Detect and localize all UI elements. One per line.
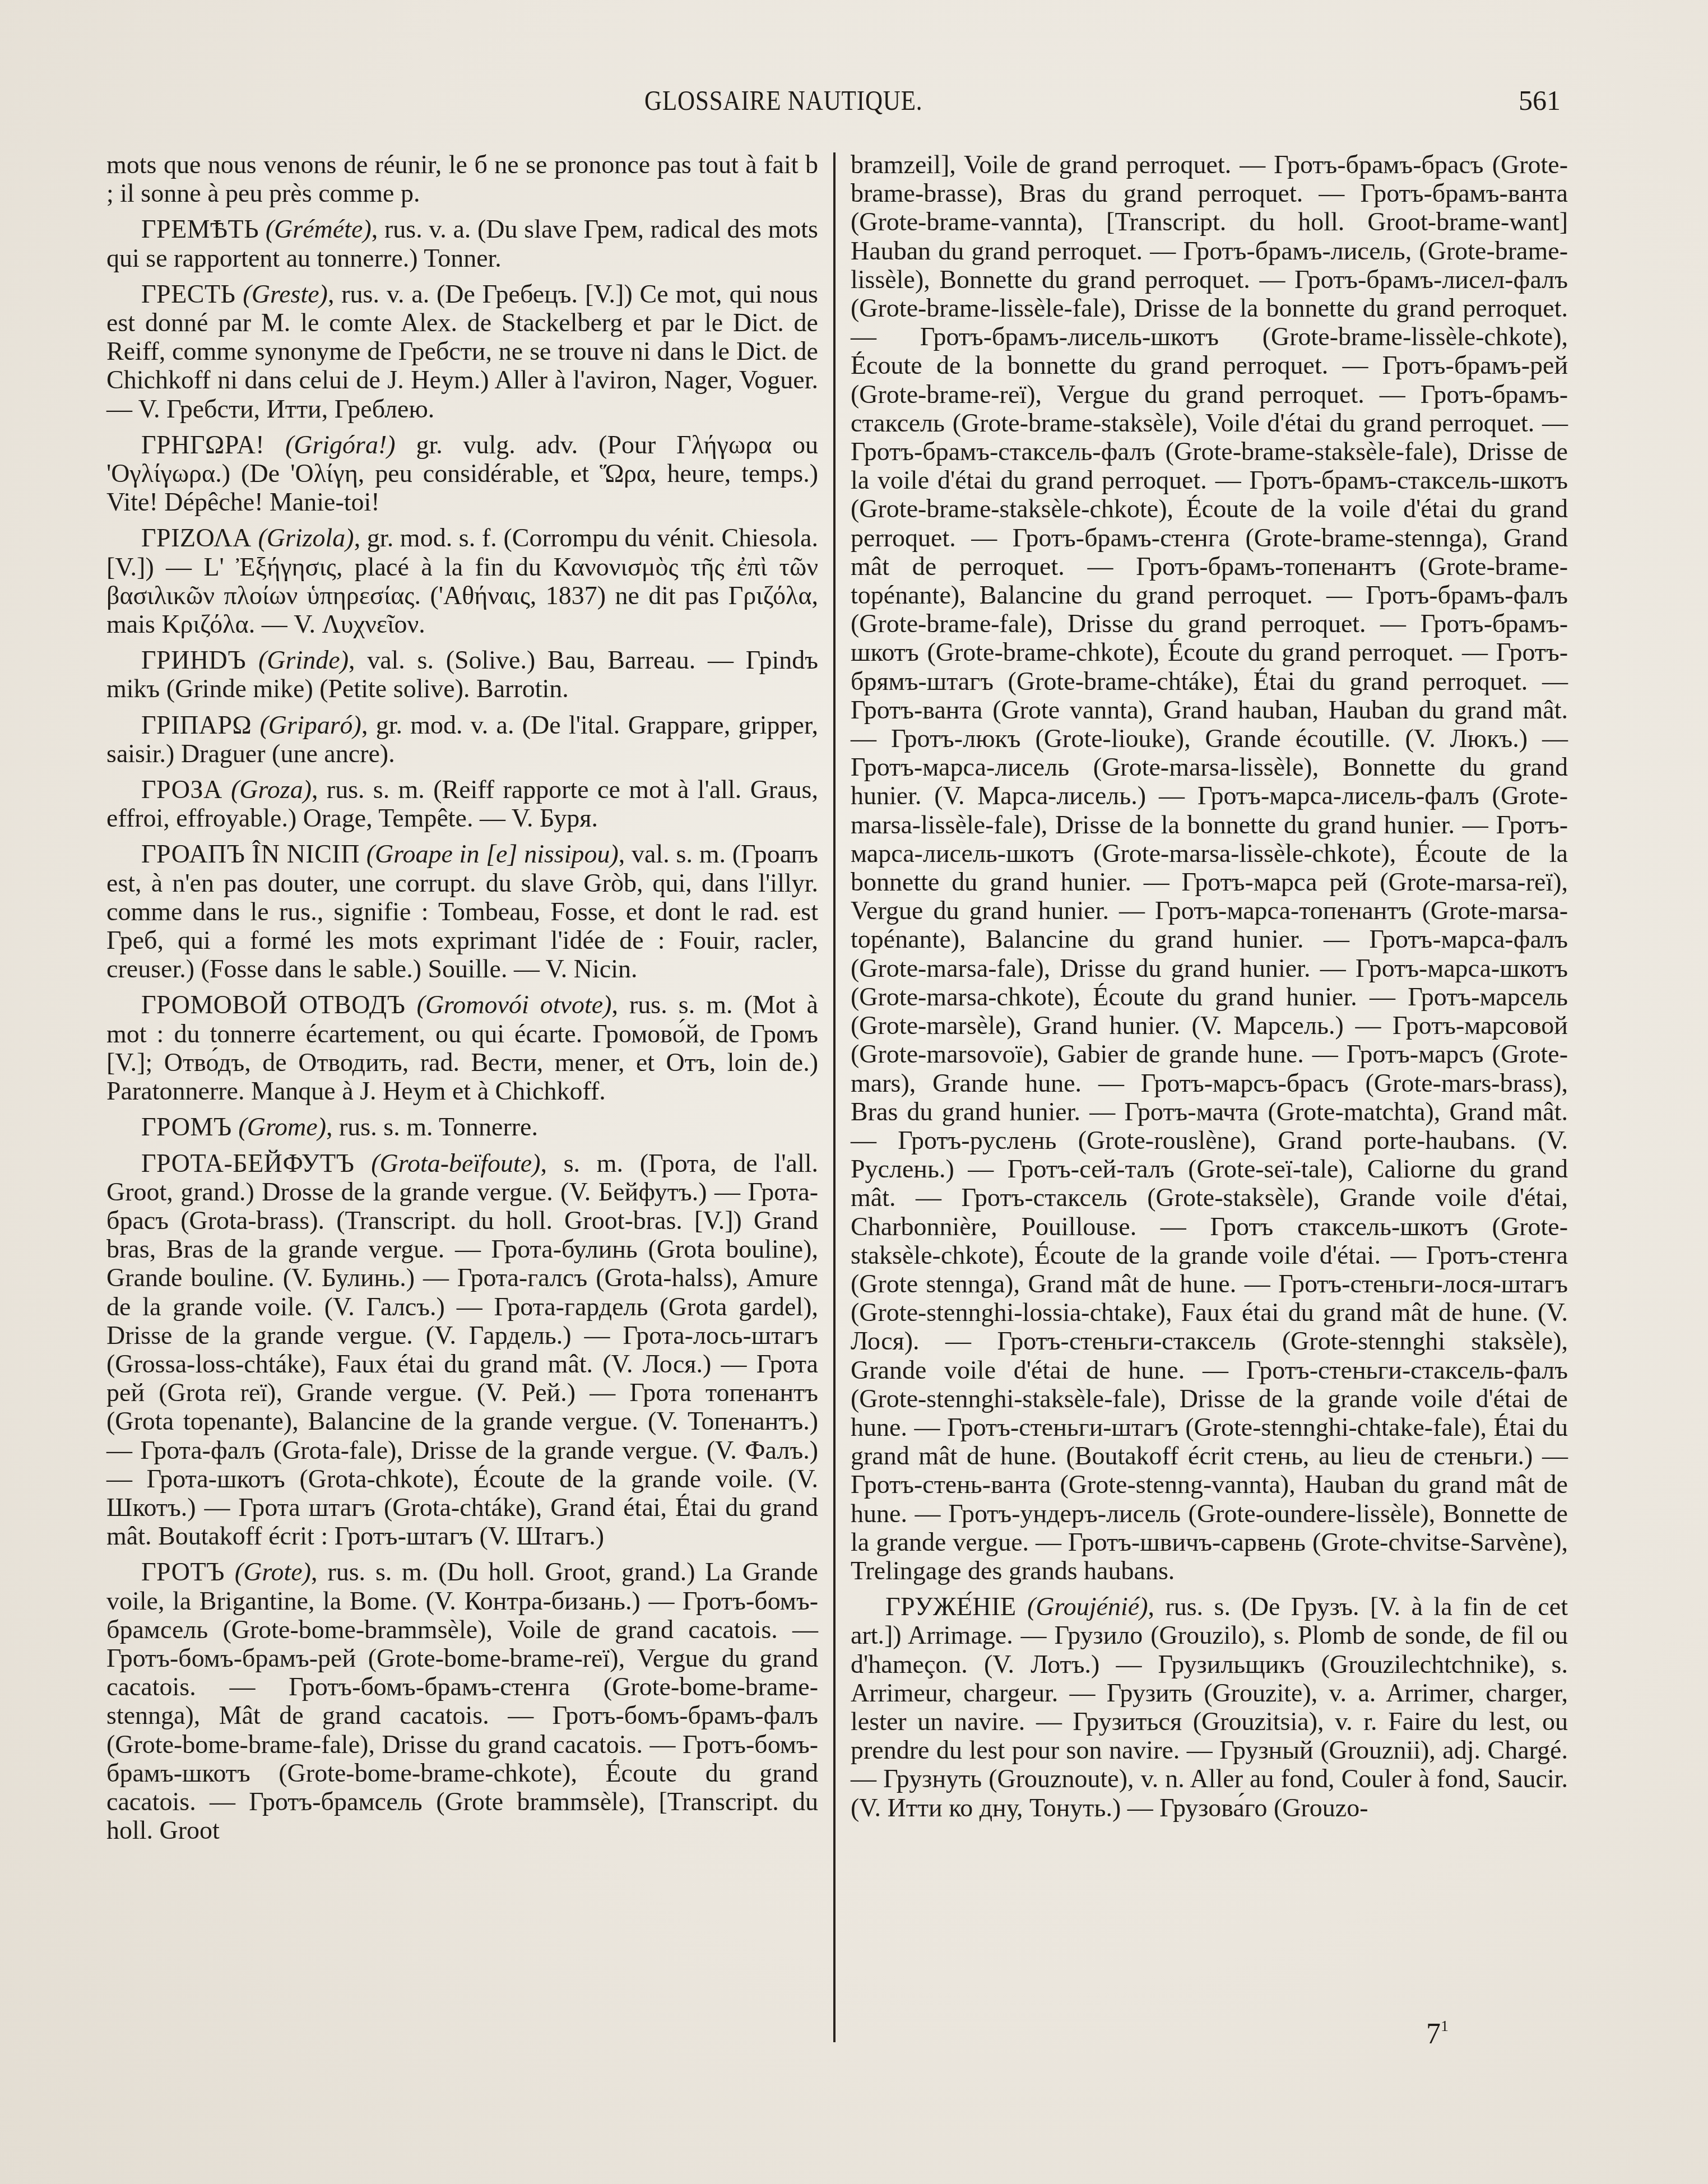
signature-number: 7 bbox=[1426, 2018, 1441, 2050]
definition-text: , rus. s. m. (Du holl. Groot, grand.) La… bbox=[106, 1557, 818, 1844]
transliteration: (Greste) bbox=[243, 280, 328, 308]
headword: ΓΡΗΓΩΡΑ! bbox=[141, 430, 264, 459]
headword: ΓΡΙΖΟΛΑ bbox=[141, 523, 252, 552]
transliteration: (Grigóra!) bbox=[285, 430, 396, 459]
transliteration: (Gréméte) bbox=[266, 215, 372, 243]
page-number: 561 bbox=[1519, 84, 1561, 117]
transliteration: (Grote) bbox=[235, 1557, 311, 1586]
headword: ГРИНDЪ bbox=[141, 646, 246, 674]
transliteration: (Groza) bbox=[231, 775, 312, 804]
glossary-entry: ГРОМЪ (Grome), rus. s. m. Tonnerre. bbox=[106, 1112, 818, 1141]
headword: ГРОТА-БЕЙФУТЪ bbox=[141, 1149, 355, 1177]
definition-text: bramzeil], Voile de grand perroquet. — Г… bbox=[851, 150, 1568, 1585]
right-column: bramzeil], Voile de grand perroquet. — Г… bbox=[851, 150, 1568, 1829]
glossary-entry: ГРОТА-БЕЙФУТЪ (Grota-beïfoute), s. m. (Г… bbox=[106, 1149, 818, 1551]
left-column: mots que nous venons de réunir, le б ne … bbox=[106, 150, 818, 1852]
glossary-entry: ГРОМОВОЙ ОТВОДЪ (Gromovói otvote), rus. … bbox=[106, 990, 818, 1105]
transliteration: (Griparó) bbox=[259, 711, 361, 739]
signature-superscript: 1 bbox=[1441, 2018, 1449, 2035]
continued-text: bramzeil], Voile de grand perroquet. — Г… bbox=[851, 150, 1568, 1585]
headword: ГРОТЪ bbox=[141, 1557, 225, 1586]
headword: ГРЕСТЬ bbox=[141, 280, 235, 308]
continued-text: mots que nous venons de réunir, le б ne … bbox=[106, 150, 818, 207]
headword: ΓΡΙΠΑΡΩ bbox=[141, 711, 252, 739]
glossary-entry: ΓΡΗΓΩΡΑ! (Grigóra!) gr. vulg. adv. (Pour… bbox=[106, 430, 818, 517]
glossary-entry: ΓΡΙΠΑΡΩ (Griparó), gr. mod. v. a. (De l'… bbox=[106, 711, 818, 768]
definition-text: mots que nous venons de réunir, le б ne … bbox=[106, 150, 818, 207]
glossary-entry: ГРОЗА (Groza), rus. s. m. (Reiff rapport… bbox=[106, 775, 818, 832]
glossary-entry: ГРОАПЪ ÎN NICIП (Groape in [e] nissipou)… bbox=[106, 840, 818, 983]
definition-text: , rus. s. m. Tonnerre. bbox=[326, 1112, 538, 1141]
transliteration: (Grota-beïfoute) bbox=[371, 1149, 540, 1177]
glossary-entry: ГРОТЪ (Grote), rus. s. m. (Du holl. Groo… bbox=[106, 1557, 818, 1844]
headword: ГРУЖЕ́НІЕ bbox=[885, 1592, 1017, 1621]
headword: ГРОАПЪ ÎN NICIП bbox=[141, 840, 360, 868]
transliteration: (Grizola) bbox=[258, 523, 354, 552]
headword: ГРЕМѢТЬ bbox=[141, 215, 259, 243]
column-divider bbox=[833, 152, 836, 2042]
definition-text: , rus. s. (De Грузъ. [V. à la fin de cet… bbox=[851, 1592, 1568, 1821]
transliteration: (Groujénié) bbox=[1027, 1592, 1148, 1621]
transliteration: (Groape in [e] nissipou) bbox=[366, 840, 619, 868]
glossary-entry: ГРЕСТЬ (Greste), rus. v. a. (De Гребецъ.… bbox=[106, 280, 818, 423]
headword: ГРОМЪ bbox=[141, 1112, 232, 1141]
glossary-entry: ГРЕМѢТЬ (Gréméte), rus. v. a. (Du slave … bbox=[106, 215, 818, 272]
definition-text: , s. m. (Грота, de l'all. Groot, grand.)… bbox=[106, 1149, 818, 1551]
glossary-entry: ГРУЖЕ́НІЕ (Groujénié), rus. s. (De Грузъ… bbox=[851, 1592, 1568, 1822]
transliteration: (Gromovói otvote) bbox=[417, 990, 612, 1019]
headword: ГРОМОВОЙ ОТВОДЪ bbox=[141, 990, 406, 1019]
signature-mark: 71 bbox=[1426, 2018, 1449, 2051]
transliteration: (Grome) bbox=[238, 1112, 326, 1141]
running-head: GLOSSAIRE NAUTIQUE. bbox=[644, 84, 922, 117]
transliteration: (Grinde) bbox=[258, 646, 349, 674]
glossary-entry: ГРИНDЪ (Grinde), val. s. (Solive.) Bau, … bbox=[106, 646, 818, 703]
headword: ГРОЗА bbox=[141, 775, 222, 804]
glossary-entry: ΓΡΙΖΟΛΑ (Grizola), gr. mod. s. f. (Corro… bbox=[106, 523, 818, 638]
